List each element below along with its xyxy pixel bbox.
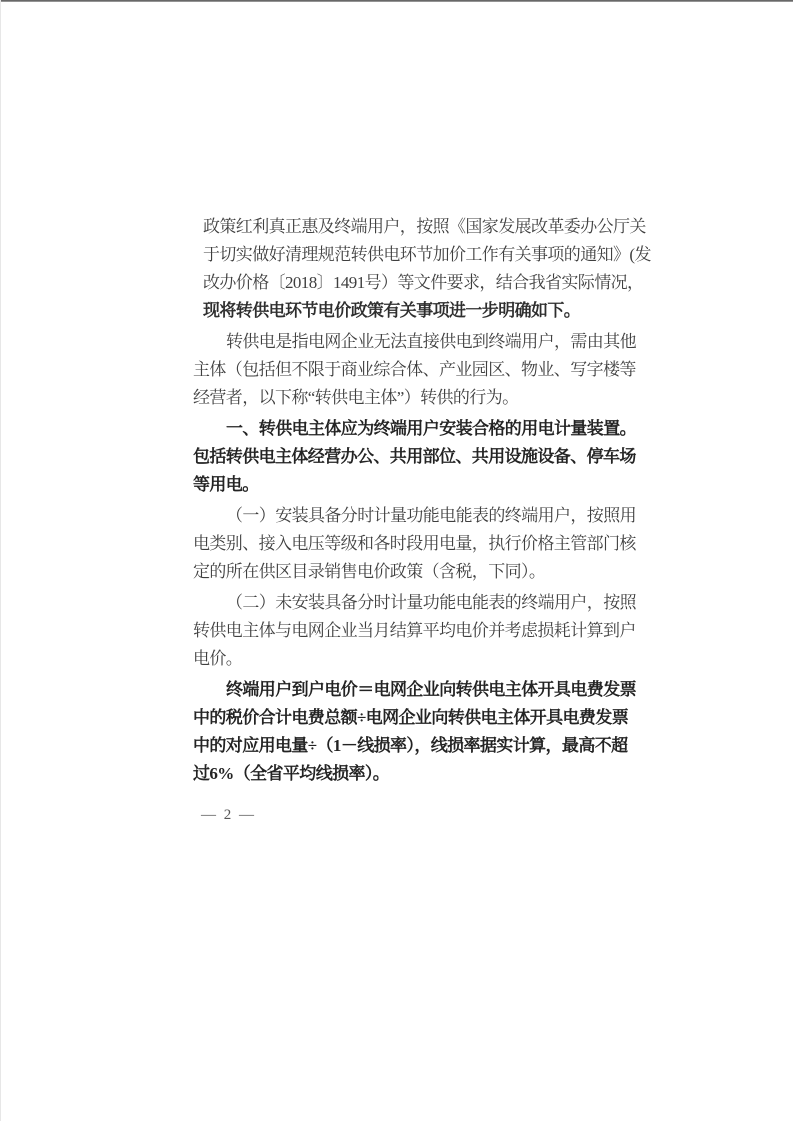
text-line: 经营者，以下称“转供电主体”）转供的行为。 (193, 384, 633, 412)
page-number: — 2 — (201, 801, 256, 829)
paragraph-item-1: （一）安装具备分时计量功能电能表的终端用户，按照用 电类别、接入电压等级和各时段… (193, 502, 633, 586)
paragraph-item-2: （二）未安装具备分时计量功能电能表的终端用户，按照 转供电主体与电网企业当月结算… (193, 589, 633, 673)
text-line: 定的所在供区目录销售电价政策（含税，下同）。 (193, 558, 633, 586)
text-block: 政策红利真正惠及终端用户，按照《国家发展改革委办公厅关 于切实做好清理规范转供电… (193, 213, 633, 788)
text-line: 终端用户到户电价＝电网企业向转供电主体开具电费发票 (193, 676, 633, 704)
text-line: 改办价格〔2018〕1491号）等文件要求，结合我省实际情况， (203, 269, 633, 297)
text-line: 政策红利真正惠及终端用户，按照《国家发展改革委办公厅关 (203, 213, 633, 241)
text-line: （一）安装具备分时计量功能电能表的终端用户，按照用 (193, 502, 633, 530)
text-line: 电类别、接入电压等级和各时段用电量，执行价格主管部门核 (193, 530, 633, 558)
text-line: 电价。 (193, 645, 633, 673)
text-line: 过6%（全省平均线损率）。 (193, 760, 633, 788)
text-line: 包括转供电主体经营办公、共用部位、共用设施设备、停车场 (193, 443, 633, 471)
text-line: 转供电主体与电网企业当月结算平均电价并考虑损耗计算到户 (193, 617, 633, 645)
document-page: 政策红利真正惠及终端用户，按照《国家发展改革委办公厅关 于切实做好清理规范转供电… (0, 0, 793, 1121)
text-line: 一、转供电主体应为终端用户安装合格的用电计量装置。 (193, 415, 633, 443)
text-line: 中的税价合计电费总额÷电网企业向转供电主体开具电费发票 (193, 704, 633, 732)
text-line: （二）未安装具备分时计量功能电能表的终端用户，按照 (193, 589, 633, 617)
paragraph-definition: 转供电是指电网企业无法直接供电到终端用户，需由其他 主体（包括但不限于商业综合体… (193, 328, 633, 412)
text-line: 于切实做好清理规范转供电环节加价工作有关事项的通知》(发 (203, 241, 633, 269)
text-line: 现将转供电环节电价政策有关事项进一步明确如下。 (203, 297, 633, 325)
paragraph-intro: 政策红利真正惠及终端用户，按照《国家发展改革委办公厅关 于切实做好清理规范转供电… (203, 213, 633, 325)
text-line: 主体（包括但不限于商业综合体、产业园区、物业、写字楼等 (193, 356, 633, 384)
scan-artifact-top-edge (0, 0, 793, 2)
text-line: 等用电。 (193, 471, 633, 499)
text-line: 中的对应用电量÷（1－线损率），线损率据实计算，最高不超 (193, 732, 633, 760)
scan-artifact-left-edge (0, 0, 1, 1121)
paragraph-formula: 终端用户到户电价＝电网企业向转供电主体开具电费发票 中的税价合计电费总额÷电网企… (193, 676, 633, 788)
paragraph-section-1: 一、转供电主体应为终端用户安装合格的用电计量装置。 包括转供电主体经营办公、共用… (193, 415, 633, 499)
text-line: 转供电是指电网企业无法直接供电到终端用户，需由其他 (193, 328, 633, 356)
